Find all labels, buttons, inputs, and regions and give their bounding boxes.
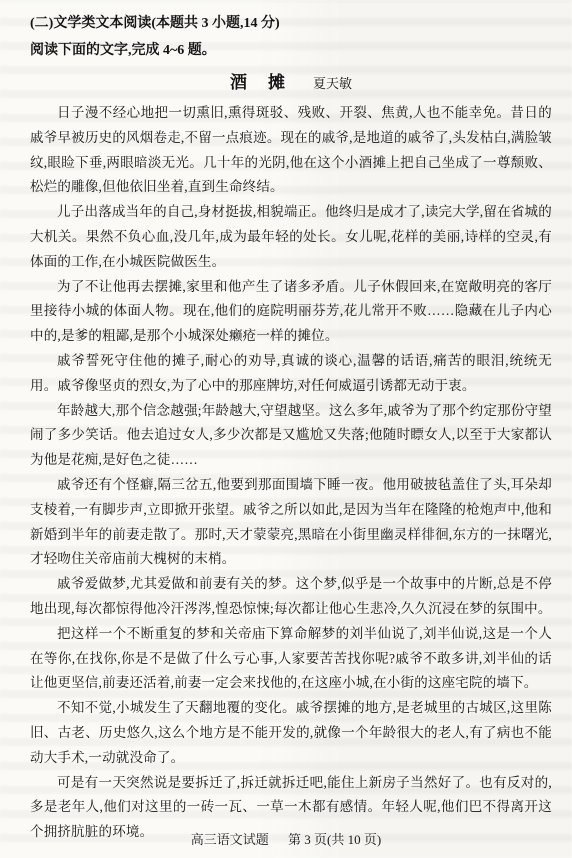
section-header: (二)文学类文本阅读(本题共 3 小题,14 分) <box>30 10 552 37</box>
footer-page-info: 第 3 页(共 10 页) <box>288 832 381 847</box>
passage-body: 日子漫不经心地把一切熏旧,熏得斑驳、残败、开裂、焦黄,人也不能幸免。昔日的戚爷早… <box>30 101 552 845</box>
paragraph: 日子漫不经心地把一切熏旧,熏得斑驳、残败、开裂、焦黄,人也不能幸免。昔日的戚爷早… <box>30 101 552 200</box>
paragraph: 戚爷爱做梦,尤其爱做和前妻有关的梦。这个梦,似乎是一个故事中的片断,总是不停地出… <box>30 572 552 622</box>
paragraph: 为了不让他再去摆摊,家里和他产生了诸多矛盾。儿子休假回来,在宽敞明亮的客厅里接待… <box>30 275 552 349</box>
passage-title: 酒 摊 <box>230 73 287 92</box>
paragraph: 年龄越大,那个信念越强;年龄越大,守望越坚。这么多年,戚爷为了那个约定那份守望闹… <box>30 399 552 473</box>
reading-instruction: 阅读下面的文字,完成 4~6 题。 <box>30 37 552 64</box>
paragraph: 戚爷还有个怪癖,隔三岔五,他要到那面围墙下睡一夜。他用破披毡盖住了头,耳朵却支棱… <box>30 473 552 572</box>
footer-doc-name: 高三语文试题 <box>191 832 269 847</box>
passage-content: (二)文学类文本阅读(本题共 3 小题,14 分) 阅读下面的文字,完成 4~6… <box>30 10 552 845</box>
paragraph: 不知不觉,小城发生了天翻地覆的变化。戚爷摆摊的地方,是老城里的古城区,这里陈旧、… <box>30 696 552 770</box>
passage-title-row: 酒 摊 夏天敏 <box>30 71 552 96</box>
paragraph: 戚爷誓死守住他的摊子,耐心的劝导,真诚的谈心,温馨的话语,痛苦的眼泪,统统无用。… <box>30 349 552 399</box>
passage-author: 夏天敏 <box>313 76 352 91</box>
paragraph: 儿子出落成当年的自己,身材挺拔,相貌端正。他终归是成才了,读完大学,留在省城的大… <box>30 200 552 274</box>
page-footer: 高三语文试题 第 3 页(共 10 页) <box>0 829 572 848</box>
exam-paper-page: (二)文学类文本阅读(本题共 3 小题,14 分) 阅读下面的文字,完成 4~6… <box>0 0 572 858</box>
paragraph: 把这样一个不断重复的梦和关帝庙下算命解梦的刘半仙说了,刘半仙说,这是一个人在等你… <box>30 622 552 696</box>
